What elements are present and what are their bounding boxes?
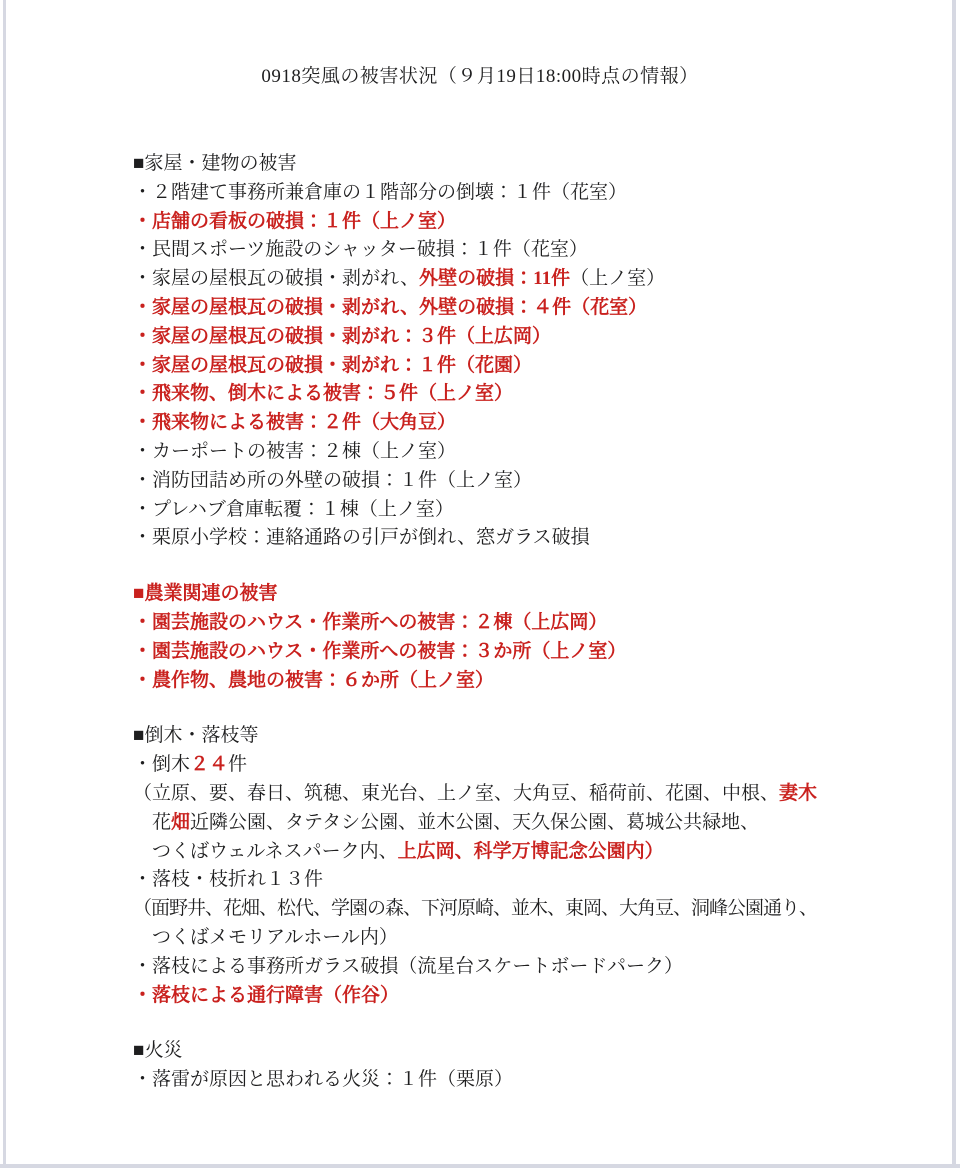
section-heading: ■家屋・建物の被害 [133,150,960,179]
section-heading: ■農業関連の被害 [133,580,960,609]
highlighted-text: 上広岡、科学万博記念公園内） [398,841,664,862]
report-line: ・農作物、農地の被害：６か所（上ノ室） [133,667,960,696]
page-edge-bottom [0,1164,960,1168]
report-line: ・プレハブ倉庫転覆：１棟（上ノ室） [133,496,960,525]
report-body: ■家屋・建物の被害・２階建て事務所兼倉庫の１階部分の倒壊：１件（花室）・店舗の看… [0,150,960,1095]
report-line: ・落枝による事務所ガラス破損（流星台スケートボードパーク） [133,953,960,982]
report-line: （面野井、花畑、松代、学園の森、下河原崎、並木、東岡、大角豆、洞峰公園通り、 [133,895,960,924]
report-line: ・家屋の屋根瓦の破損・剥がれ、外壁の破損：11件（上ノ室） [133,265,960,294]
report-line: ・飛来物による被害：２件（大角豆） [133,409,960,438]
highlighted-text: ・店舗の看板の破損：１件（上ノ室） [133,211,456,232]
report-line: ・店舗の看板の破損：１件（上ノ室） [133,208,960,237]
report-line: ・倒木２４件 [133,751,960,780]
report-line: ・家屋の屋根瓦の破損・剥がれ：３件（上広岡） [133,323,960,352]
text: （上ノ室） [570,268,665,289]
text: ・栗原小学校：連絡通路の引戸が倒れ、窓ガラス破損 [133,527,590,548]
section-heading: ■倒木・落枝等 [133,722,960,751]
report-line: ・家屋の屋根瓦の破損・剥がれ：１件（花園） [133,352,960,381]
highlighted-text: ・農作物、農地の被害：６か所（上ノ室） [133,670,494,691]
section-agriculture-damage: ■農業関連の被害・園芸施設のハウス・作業所への被害：２棟（上広岡）・園芸施設のハ… [133,580,960,695]
report-line: ・栗原小学校：連絡通路の引戸が倒れ、窓ガラス破損 [133,524,960,553]
text: ・落枝による事務所ガラス破損（流星台スケートボードパーク） [133,956,683,977]
text: ・民間スポーツ施設のシャッター破損：１件（花室） [133,239,588,260]
report-line: ・飛来物、倒木による被害：５件（上ノ室） [133,380,960,409]
highlighted-text: 外壁の破損：11件 [419,268,570,289]
text: つくばウェルネスパーク内、 [152,841,398,862]
page-edge-right [952,0,956,1168]
report-line: ・園芸施設のハウス・作業所への被害：２棟（上広岡） [133,609,960,638]
text: 件 [228,754,247,775]
text: ■家屋・建物の被害 [133,153,296,174]
text: 近隣公園、タテタシ公園、並木公園、天久保公園、葛城公共緑地、 [190,812,759,833]
highlighted-text: ・飛来物、倒木による被害：５件（上ノ室） [133,383,513,404]
text: 花 [152,812,171,833]
text: （立原、要、春日、筑穂、東光台、上ノ室、大角豆、稲荷前、花園、中根、 [133,783,779,804]
report-line: ・カーポートの被害：２棟（上ノ室） [133,438,960,467]
report-line: （立原、要、春日、筑穂、東光台、上ノ室、大角豆、稲荷前、花園、中根、妻木 [133,780,960,809]
text: （面野井、花畑、松代、学園の森、下河原崎、並木、東岡、大角豆、洞峰公園通り、 [133,898,817,919]
report-line: つくばメモリアルホール内） [133,924,960,953]
highlighted-text: ・家屋の屋根瓦の破損・剥がれ：３件（上広岡） [133,326,551,347]
highlighted-text: ・園芸施設のハウス・作業所への被害：３か所（上ノ室） [133,641,626,662]
highlighted-text: ２４ [190,754,228,775]
report-line: ・民間スポーツ施設のシャッター破損：１件（花室） [133,236,960,265]
highlighted-text: ・落枝による通行障害（作谷） [133,985,399,1006]
highlighted-text: ・園芸施設のハウス・作業所への被害：２棟（上広岡） [133,612,607,633]
section-heading: ■火災 [133,1037,960,1066]
text: ・２階建て事務所兼倉庫の１階部分の倒壊：１件（花室） [133,182,627,203]
report-line: ・消防団詰め所の外壁の破損：１件（上ノ室） [133,467,960,496]
highlighted-text: ■農業関連の被害 [133,583,277,604]
text: ・倒木 [133,754,190,775]
report-line: つくばウェルネスパーク内、上広岡、科学万博記念公園内） [133,838,960,867]
text: ・プレハブ倉庫転覆：１棟（上ノ室） [133,499,454,520]
report-line: ・２階建て事務所兼倉庫の１階部分の倒壊：１件（花室） [133,179,960,208]
highlighted-text: ・家屋の屋根瓦の破損・剥がれ：１件（花園） [133,355,532,376]
report-line: ・家屋の屋根瓦の破損・剥がれ、外壁の破損：４件（花室） [133,294,960,323]
highlighted-text: 畑 [171,812,190,833]
text: ・カーポートの被害：２棟（上ノ室） [133,441,456,462]
report-line: 花畑近隣公園、タテタシ公園、並木公園、天久保公園、葛城公共緑地、 [133,809,960,838]
section-housing-building-damage: ■家屋・建物の被害・２階建て事務所兼倉庫の１階部分の倒壊：１件（花室）・店舗の看… [133,150,960,553]
section-fire: ■火災・落雷が原因と思われる火災：１件（栗原） [133,1037,960,1095]
highlighted-text: 妻木 [779,783,817,804]
text: ■火災 [133,1040,182,1061]
report-title: 0918突風の被害状況（９月19日18:00時点の情報） [0,0,960,91]
text: ■倒木・落枝等 [133,725,258,746]
document-page: 0918突風の被害状況（９月19日18:00時点の情報） ■家屋・建物の被害・２… [0,0,960,1168]
report-line: ・落枝による通行障害（作谷） [133,982,960,1011]
highlighted-text: ・飛来物による被害：２件（大角豆） [133,412,456,433]
text: ・消防団詰め所の外壁の破損：１件（上ノ室） [133,470,532,491]
text: ・家屋の屋根瓦の破損・剥がれ、 [133,268,419,289]
report-line: ・園芸施設のハウス・作業所への被害：３か所（上ノ室） [133,638,960,667]
highlighted-text: ・家屋の屋根瓦の破損・剥がれ、外壁の破損：４件（花室） [133,297,647,318]
text: ・落雷が原因と思われる火災：１件（栗原） [133,1069,513,1090]
text: ・落枝・枝折れ１３件 [133,869,323,890]
section-fallen-trees-branches: ■倒木・落枝等・倒木２４件（立原、要、春日、筑穂、東光台、上ノ室、大角豆、稲荷前… [133,722,960,1010]
text: つくばメモリアルホール内） [152,927,398,948]
report-line: ・落雷が原因と思われる火災：１件（栗原） [133,1066,960,1095]
page-edge-left [3,0,6,1168]
report-line: ・落枝・枝折れ１３件 [133,866,960,895]
